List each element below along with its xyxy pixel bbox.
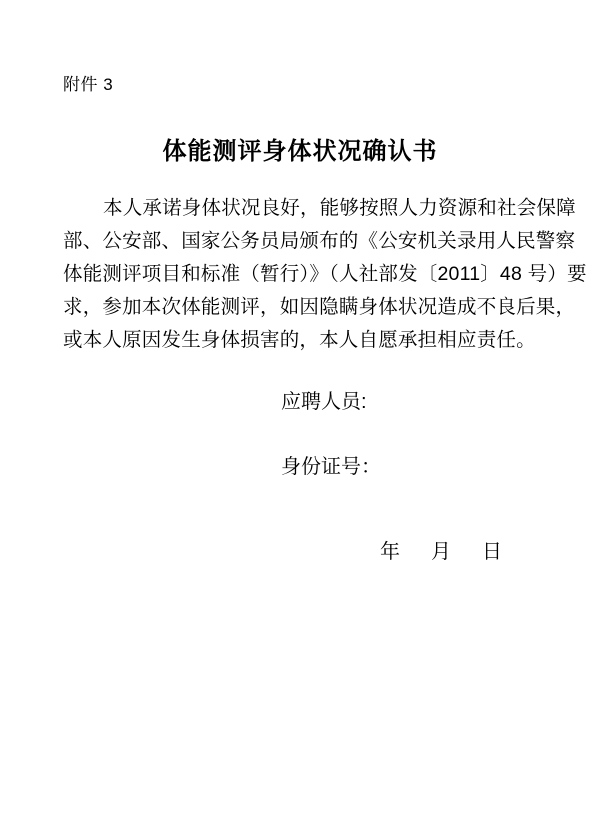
document-page: 附件 3 体能测评身体状况确认书 本人承诺身体状况良好，能够按照人力资源和社会保… bbox=[0, 0, 600, 830]
paragraph-line-4: 求，参加本次体能测评，如因隐瞒身体状况造成不良后果， bbox=[63, 291, 537, 324]
paragraph-line-2: 部、公安部、国家公务员局颁布的《公安机关录用人民警察 bbox=[63, 225, 537, 258]
applicant-label: 应聘人员: bbox=[281, 391, 367, 413]
date-line: 年 月 日 bbox=[380, 541, 502, 563]
day-label: 日 bbox=[482, 541, 502, 563]
attachment-label: 附件 3 bbox=[63, 75, 113, 94]
id-number-label: 身份证号： bbox=[281, 456, 381, 478]
paragraph-line-5: 或本人原因发生身体损害的，本人自愿承担相应责任。 bbox=[63, 324, 537, 357]
paragraph-line-3: 体能测评项目和标准（暂行）》（人社部发〔2011〕48 号）要 bbox=[63, 258, 537, 291]
body-paragraph: 本人承诺身体状况良好，能够按照人力资源和社会保障 部、公安部、国家公务员局颁布的… bbox=[63, 192, 537, 357]
month-label: 月 bbox=[431, 541, 451, 563]
page-title: 体能测评身体状况确认书 bbox=[0, 131, 600, 166]
paragraph-line-1: 本人承诺身体状况良好，能够按照人力资源和社会保障 bbox=[63, 192, 537, 225]
year-label: 年 bbox=[380, 541, 400, 563]
